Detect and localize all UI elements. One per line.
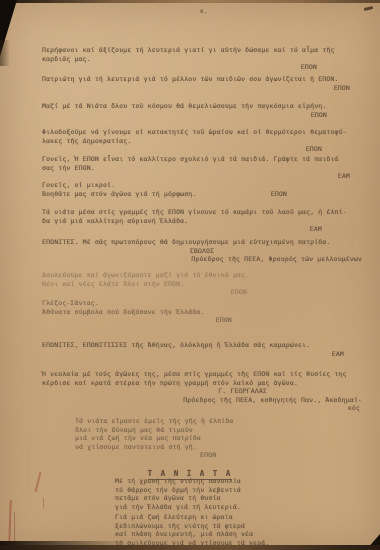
poem-line: Τά νιάτα εἴμαστε ἐμεῖς τῆς γῆς ἡ ἐλπίδα [75,417,300,426]
slogan-line: κέρδισε καί κρατᾶ στέρεα τήν πρώτη γραμμ… [42,379,362,388]
page-mark: κ. [200,8,207,15]
signature-eam: ΕΑΜ [42,172,362,181]
signature-epon: ΕΠΟΝ [42,111,362,120]
slogan-block-7: Τά νιάτα μέσα στίς γραμμές τῆς ΕΠΟΝ γίνο… [42,208,362,234]
slogan-line: Μαζί μέ τά Νιάτα ὅλου τοῦ κόσμου θά θεμε… [42,102,362,111]
signature-epon: ΕΠΟΝ [42,84,362,93]
poem-line: καί πλάση ὀνειρευτή, μιά πλάση νέα [115,530,362,539]
slogan-line: λακες τῆς Δημοκρατίας. [42,137,362,146]
signature-title-continued: κός [42,404,362,413]
slogan-block-6: Γονεῖς, οἱ μικροί. Βοηθᾶτε μας στόν ἀγῶν… [42,181,362,198]
poem-line: ξεδιπλώνουμε τῆς νιότης τά φτερά [115,522,362,531]
signature-epon: ΕΠΟΝ [271,190,287,199]
poem-line: Μέ τή χρυσή τῆς νιότης πανοπλία [115,477,362,486]
signature-epon: ΕΠΟΝ [42,145,362,154]
slogan-line: Φιλοδοξοῦμε νά γίνουμε οἱ κατακτητές τοῦ… [42,128,362,137]
signature-eam: ΕΑΜ [42,225,362,234]
slogan-line: Βοηθᾶτε μας στόν ἀγῶνα γιά τή μόρφωση. [42,190,362,199]
slogan-line: Τά νιάτα μέσα στίς γραμμές τῆς ΕΠΟΝ γίνο… [42,208,362,217]
poem-line: μιά νιά ζωή τήν νέα μας πατρίδα [75,434,300,443]
scan-smudge-top-left [0,40,10,66]
slogan-line: Πατριώτη γιά τή λευτεριά γιά τό μέλλον τ… [42,75,362,84]
slogan-block-4: Φιλοδοξοῦμε νά γίνουμε οἱ κατακτητές τοῦ… [42,128,362,154]
slogan-block-10: Γλέζος-Σάντας. Ἀθάνατα σύμβολα πού δοξάσ… [42,299,362,325]
poem-line: πετᾶμε στόν ἀγῶνα τή θυσία [115,494,362,503]
slogan-block-5: Γονεῖς, Ἡ ΕΠΟΝ εἶναι τό καλλίτερο σχολει… [42,155,362,181]
slogan-line: σας τήν ΕΠΟΝ. [42,164,362,173]
slogan-line: Δουλεύουμε καί ἀγωνιζόμαστε μαζί γιά τό … [42,271,362,280]
scan-edge-top [0,0,380,3]
slogan-line: Ἡ νεολαία μέ τούς ἀγῶνες της, μέσα στίς … [42,370,362,379]
slogan-block-2: Πατριώτη γιά τή λευτεριά γιά τό μέλλον τ… [42,75,362,92]
signature-eam: ΕΑΜ [42,350,362,359]
slogan-line: Νέοι καί νέες ἐλᾶτε ὅλοι στήν ΕΠΟΝ. [42,280,362,289]
paper-crease [8,500,12,546]
poem-stanza-1: Μέ τή χρυσή τῆς νιότης πανοπλία τό θάρρο… [115,477,362,511]
slogan-block-1: Περήφανοι καί ἀξίζουμε τή λευτεριά γιατί… [42,46,362,72]
slogan-block-11: ΕΠΟΝΙΤΕΣ, ΕΠΟΝΙΤΙΣΣΕΣ τῆς Ἀθήνας, ὁλόκλη… [42,341,362,358]
poem-line: γιά τήν Ἑλλάδα γιά τή λευτεριά. [115,503,362,512]
poem-line: νά χτίσουμε παντοτεινά στή γῆ. [75,443,300,452]
signature-epon: ΕΠΟΝ [42,288,362,297]
slogan-line: δα γιά μιά καλλίτερη αὐριανή Ἑλλάδα. [42,217,362,226]
slogan-line: Γονεῖς, Ἡ ΕΠΟΝ εἶναι τό καλλίτερο σχολει… [42,155,362,164]
signature-title: Πρόεδρος τῆς ΠΕΕΑ, Φρουρός τῶν μελλουμέν… [42,255,362,264]
slogan-block-3: Μαζί μέ τά Νιάτα ὅλου τοῦ κόσμου θά θεμε… [42,102,362,119]
signature-title: Πρόεδρος τῆς ΠΕΕΑ, καθηγητής Παν., Ἀκαδη… [42,396,362,405]
scanned-document-page: κ. Περήφανοι καί ἀξίζουμε τή λευτεριά γι… [0,0,380,550]
slogan-line: Γλέζος-Σάντας. [42,299,362,308]
signature-epon: ΕΠΟΝ [75,451,300,460]
slogan-block-12: Ἡ νεολαία μέ τούς ἀγῶνες της, μέσα στίς … [42,370,362,413]
signature-name: ΣΒΩΛΟΣ [42,247,362,256]
poem-block-1: Τά νιάτα εἴμαστε ἐμεῖς τῆς γῆς ἡ ἐλπίδα … [75,417,300,460]
poem-line: ὅλοι τήν δύναμή μας θά τιμοῦν [75,426,300,435]
slogan-line: καρδιᾶς μας. [42,55,362,64]
slogan-line: ΕΠΟΝΙΤΕΣ. Μέ σᾶς πρωτοπόρους θά δημιουργ… [42,238,362,247]
slogan-block-9: Δουλεύουμε καί ἀγωνιζόμαστε μαζί γιά τό … [42,271,362,297]
slogan-block-8: ΕΠΟΝΙΤΕΣ. Μέ σᾶς πρωτοπόρους θά δημιουργ… [42,238,362,264]
signature-name: Γ. ΓΕΩΡΓΑΛΑΣ [42,387,362,396]
slogan-line: Ἀθάνατα σύμβολα πού δοξάσανε τήν Ἑλλάδα. [42,308,362,317]
slogan-line: Γονεῖς, οἱ μικροί. [42,181,362,190]
slogan-line: ΕΠΟΝΙΤΕΣ, ΕΠΟΝΙΤΙΣΣΕΣ τῆς Ἀθήνας, ὁλόκλη… [42,341,362,350]
scan-edge-bottom [0,545,380,550]
poem-line: Γιά μιά ζωή ἐλεύτερη κι ὡραία [115,513,362,522]
slogan-line: Περήφανοι καί ἀξίζουμε τή λευτεριά γιατί… [42,46,362,55]
signature-epon: ΕΠΟΝ [42,63,362,72]
signature-epon: ΕΠΟΝ [42,316,362,325]
scan-mark-top-right [364,6,373,11]
paper-crease [43,498,44,508]
poem-line: τό θάρρος τήν ὁρμή τήν λεβεντιά [115,486,362,495]
